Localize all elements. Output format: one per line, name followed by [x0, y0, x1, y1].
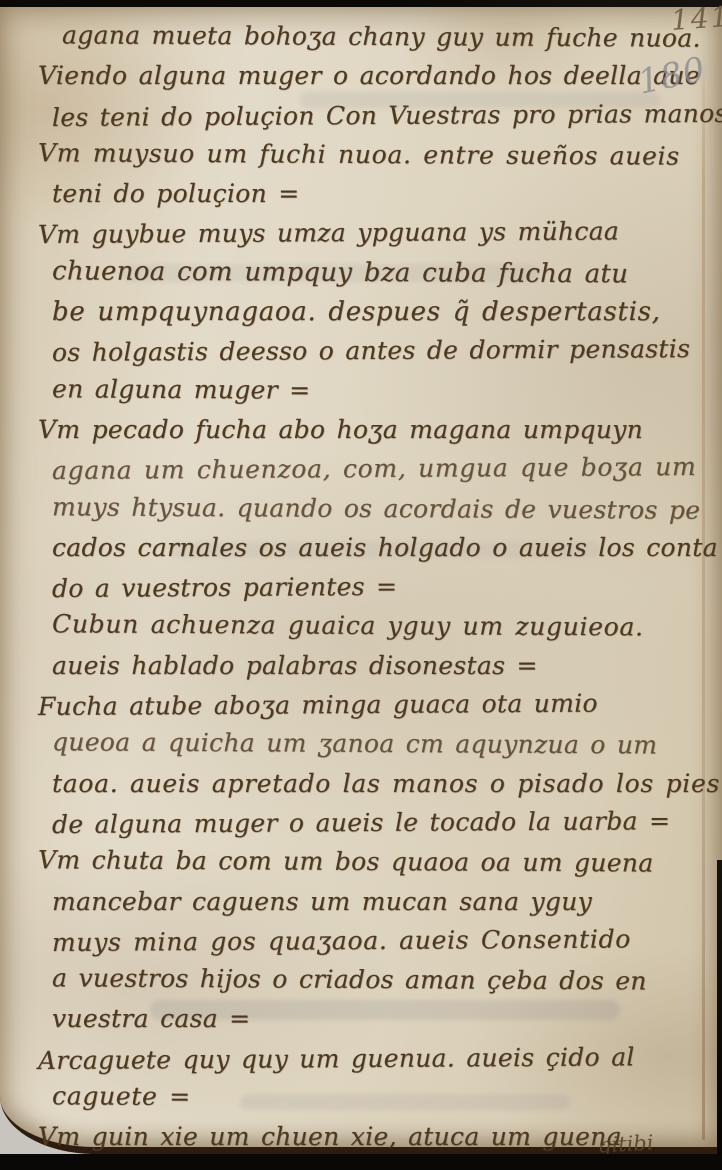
manuscript-line: do a vuestros parientes =	[52, 570, 698, 613]
scan-edge-right	[717, 860, 722, 1170]
manuscript-text: agana mueta bohoʒa chany guy um fuche nu…	[46, 22, 698, 1162]
manuscript-line: os holgastis deesso o antes de dormir pe…	[52, 334, 698, 377]
manuscript-line: chuenoa com umpquy bza cuba fucha atu	[52, 256, 698, 299]
scan-edge-top	[0, 0, 722, 7]
manuscript-line: Vm muysuo um fuchi nuoa. entre sueños au…	[38, 138, 698, 181]
manuscript-line: muys htysua. quando os acordais de vuest…	[52, 492, 698, 535]
manuscript-line: muys mina gos quaʒaoa. aueis Consentido	[52, 924, 698, 967]
manuscript-line: agana um chuenzoa, com, umgua que boʒa u…	[52, 452, 698, 495]
manuscript-line: Vm guybue muys umza ypguana ys mühcaa	[38, 216, 698, 259]
manuscript-line: Fucha atube aboʒa minga guaca ota umio	[38, 688, 698, 731]
manuscript-line: les teni do poluçion Con Vuestras pro pr…	[52, 99, 698, 142]
page-edge-crease	[702, 50, 705, 1140]
manuscript-line: a vuestros hijos o criados aman çeba dos…	[52, 963, 698, 1006]
manuscript-line: aueis hablado palabras disonestas =	[52, 651, 698, 690]
manuscript-line: be umpquynagaoa. despues q̃ despertastis…	[52, 297, 698, 336]
manuscript-line: Arcaguete quy quy um guenua. aueis çido …	[38, 1042, 698, 1085]
manuscript-line: Vm chuta ba com um bos quaoa oa um guena	[38, 846, 698, 889]
manuscript-line: teni do poluçion =	[52, 179, 698, 218]
manuscript-line: vuestra casa =	[52, 1004, 698, 1043]
scan-edge-bottom	[0, 1154, 722, 1170]
folio-number-ink: 141	[669, 0, 722, 37]
manuscript-line: de alguna muger o aueis le tocado la uar…	[52, 806, 698, 849]
manuscript-line: en alguna muger =	[52, 374, 698, 417]
manuscript-line: Vm pecado fucha abo hoʒa magana umpquyn	[38, 415, 698, 454]
manuscript-line: queoa a quicha um ʒanoa cm aquynzua o um	[52, 728, 698, 771]
manuscript-scan: 180 141 agana mueta bohoʒa chany guy um …	[0, 0, 722, 1170]
manuscript-line: Cubun achuenza guaica yguy um zuguieoa.	[52, 610, 698, 653]
manuscript-line: agana mueta bohoʒa chany guy um fuche nu…	[62, 20, 698, 63]
manuscript-line: Viendo alguna muger o acordando hos deel…	[38, 61, 698, 100]
manuscript-line: taoa. aueis apretado las manos o pisado …	[52, 769, 698, 808]
manuscript-line: caguete =	[52, 1081, 698, 1124]
manuscript-line: cados carnales os aueis holgado o aueis …	[52, 533, 698, 572]
manuscript-line: mancebar caguens um mucan sana yguy	[52, 887, 698, 926]
